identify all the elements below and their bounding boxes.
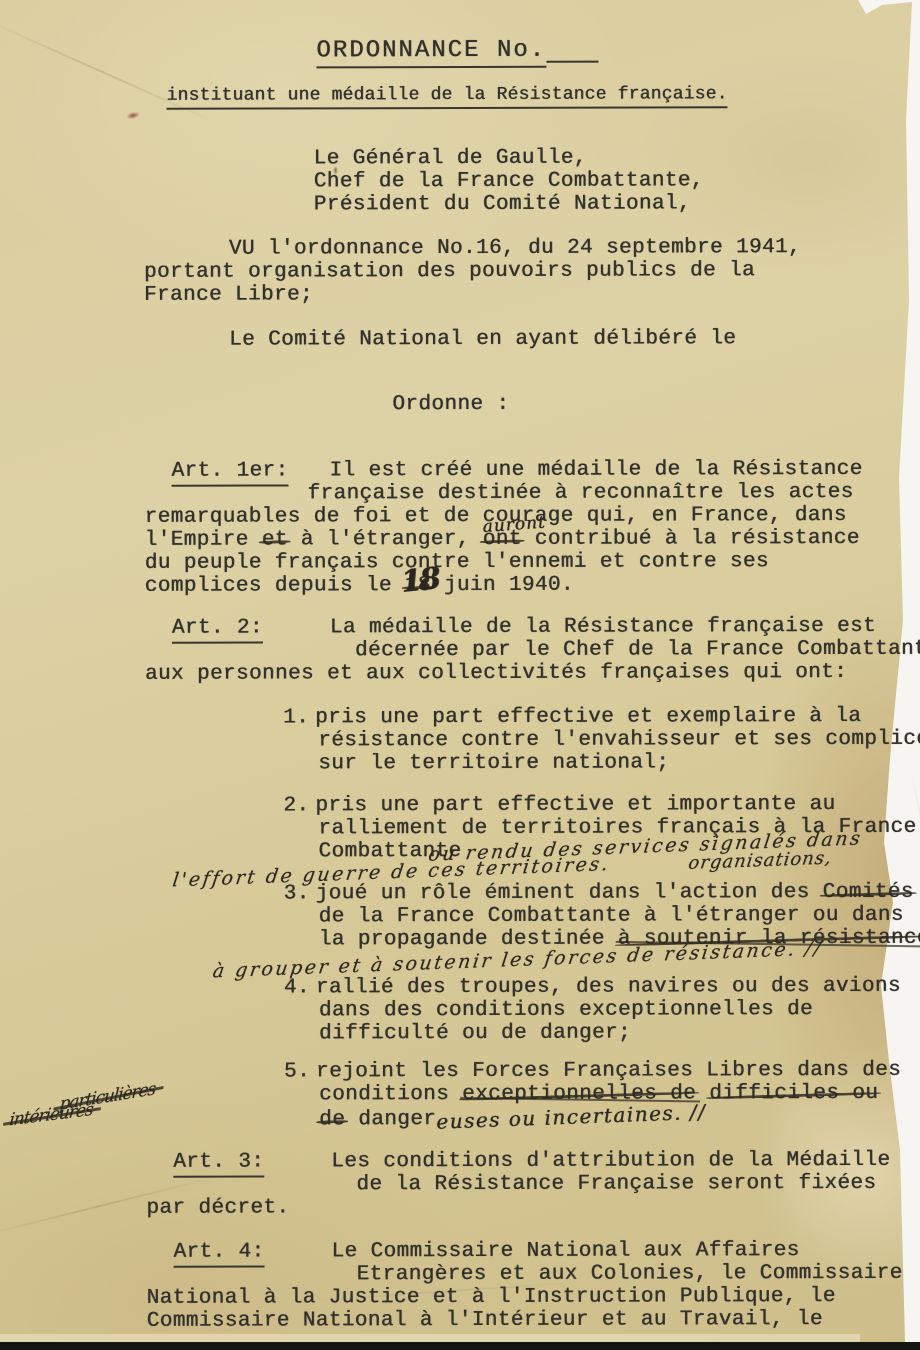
handwritten-suffix: euses ou incertaines. //	[436, 1101, 707, 1134]
struck-word: et	[262, 528, 288, 551]
list-item-5-line: de dangereuses ou incertaines. //	[319, 1105, 706, 1131]
article-1-line: française destinée à reconnaître les act…	[308, 481, 854, 505]
salutation-line: Président du Comité National,	[314, 192, 691, 216]
preamble-line: VU l'ordonnance No.16, du 24 septembre 1…	[229, 236, 801, 260]
list-item-2-line: 2.pris une part effective et importante …	[315, 793, 835, 817]
typed-text: conditions	[319, 1083, 462, 1106]
article-4-line: National à la Justice et à l'Instruction…	[147, 1285, 836, 1310]
typed-text: à l'étranger,	[288, 528, 483, 552]
article-2-line: La médaille de la Résistance française e…	[330, 615, 876, 639]
article-1-line-corrected: l'Empire et à l'étranger, aurontont cont…	[145, 527, 860, 552]
item-number: 5.	[284, 1060, 310, 1083]
preamble-line: France Libre;	[144, 283, 313, 306]
list-item-4-line: dans des conditions exceptionnelles de	[319, 998, 813, 1022]
article-2-label: Art. 2:	[172, 617, 263, 640]
scan-bottom-bar	[0, 1342, 920, 1350]
typed-text: l'Empire	[145, 529, 262, 552]
struck-phrase: difficiles ou	[709, 1082, 878, 1105]
title-text: ORDONNANCE No.	[316, 37, 546, 69]
item-number: 3.	[284, 882, 310, 905]
article-3-label: Art. 3:	[173, 1151, 264, 1174]
document-subtitle: instituant une médaille de la Résistance…	[166, 83, 727, 107]
scan-edge-strip	[0, 1334, 860, 1342]
struck-word: ont	[483, 528, 522, 551]
subtitle-text: instituant une médaille de la Résistance…	[166, 84, 727, 109]
ordonne-heading: Ordonne :	[392, 393, 509, 416]
list-item-1-line: sur le territoire national;	[318, 751, 669, 775]
article-3-line: de la Résistance Française seront fixées	[356, 1172, 876, 1196]
scanned-document-page: { "meta": { "document_type": "typewritte…	[0, 0, 920, 1350]
article-3-line: Les conditions d'attribution de la Médai…	[331, 1149, 890, 1173]
article-4-line: Etrangères et aux Colonies, le Commissai…	[357, 1262, 903, 1286]
item-number: 1.	[283, 706, 309, 729]
list-item-3-line: de la France Combattante à l'étranger ou…	[319, 904, 904, 929]
article-1-line-corrected: complices depuis le 1818 juin 1940.	[145, 574, 574, 598]
article-3-line: par décret.	[146, 1196, 289, 1219]
typed-text: danger	[345, 1108, 436, 1131]
article-label-text: Art. 3:	[173, 1151, 264, 1178]
title-underline-tail	[546, 36, 598, 63]
salutation-line: Le Général de Gaulle,	[314, 147, 587, 171]
article-4-line: Le Commissaire National aux Affaires	[331, 1239, 799, 1263]
article-1-line: Il est créé une médaille de la Résistanc…	[329, 458, 862, 482]
typed-text: contribué à la résistance	[522, 527, 860, 551]
margin-scribble: intérieures	[8, 1100, 94, 1131]
preamble-line: Le Comité National en ayant délibéré le	[229, 327, 736, 351]
article-label-text: Art. 2:	[172, 617, 263, 644]
typed-text: pris une part effective et exemplaire à …	[315, 705, 861, 729]
preamble-line: portant organisation des pouvoirs public…	[144, 259, 755, 284]
list-item-4-line: 4.rallié des troupes, des navires ou des…	[316, 975, 901, 1000]
list-item-3-line: 3.joué un rôle éminent dans l'action des…	[316, 881, 914, 906]
document-title: ORDONNANCE No.	[316, 36, 598, 64]
list-item-1-line: 1.pris une part effective et exemplaire …	[315, 705, 861, 729]
list-item-4-line: difficulté ou de danger;	[319, 1022, 631, 1046]
typed-text: rallié des troupes, des navires ou des a…	[316, 975, 901, 1000]
typed-text: complices depuis le	[145, 574, 405, 598]
handwritten-replacement: organisations,	[687, 847, 833, 874]
struck-word: de	[319, 1108, 345, 1131]
correction-group: aurontont	[483, 528, 522, 551]
article-label-text: Art. 1er:	[171, 459, 288, 486]
typed-text: juin 1940.	[431, 574, 574, 597]
document-text-layer: ORDONNANCE No. instituant une médaille d…	[0, 0, 920, 1343]
item-number: 2.	[283, 794, 309, 817]
handwritten-number: 18	[400, 567, 440, 594]
article-1-label: Art. 1er:	[171, 459, 288, 482]
list-item-1-line: résistance contre l'envahisseur et ses c…	[318, 728, 920, 753]
typed-text: joué un rôle éminent dans l'action des	[316, 881, 823, 905]
typed-text: pris une part effective et importante au	[315, 793, 835, 817]
list-item-5-line: 5.rejoint les Forces Françaises Libres d…	[316, 1059, 901, 1084]
article-label-text: Art. 4:	[173, 1241, 264, 1268]
article-4-label: Art. 4:	[173, 1241, 264, 1264]
article-4-line: Commissaire National à l'Intérieur et au…	[147, 1308, 823, 1333]
overwritten-date: 1818	[405, 574, 431, 597]
struck-word: Comités	[823, 881, 914, 904]
article-2-line: aux personnes et aux collectivités franç…	[145, 661, 847, 686]
article-1-line: du peuple français contre l'ennemi et co…	[145, 550, 769, 575]
struck-handwriting: intérieures	[8, 1100, 94, 1131]
salutation-line: Chef de la France Combattante,	[314, 169, 704, 193]
typed-text: rejoint les Forces Françaises Libres dan…	[316, 1059, 901, 1084]
article-2-line: décernée par le Chef de la France Combat…	[355, 638, 920, 663]
item-number: 4.	[284, 976, 310, 999]
